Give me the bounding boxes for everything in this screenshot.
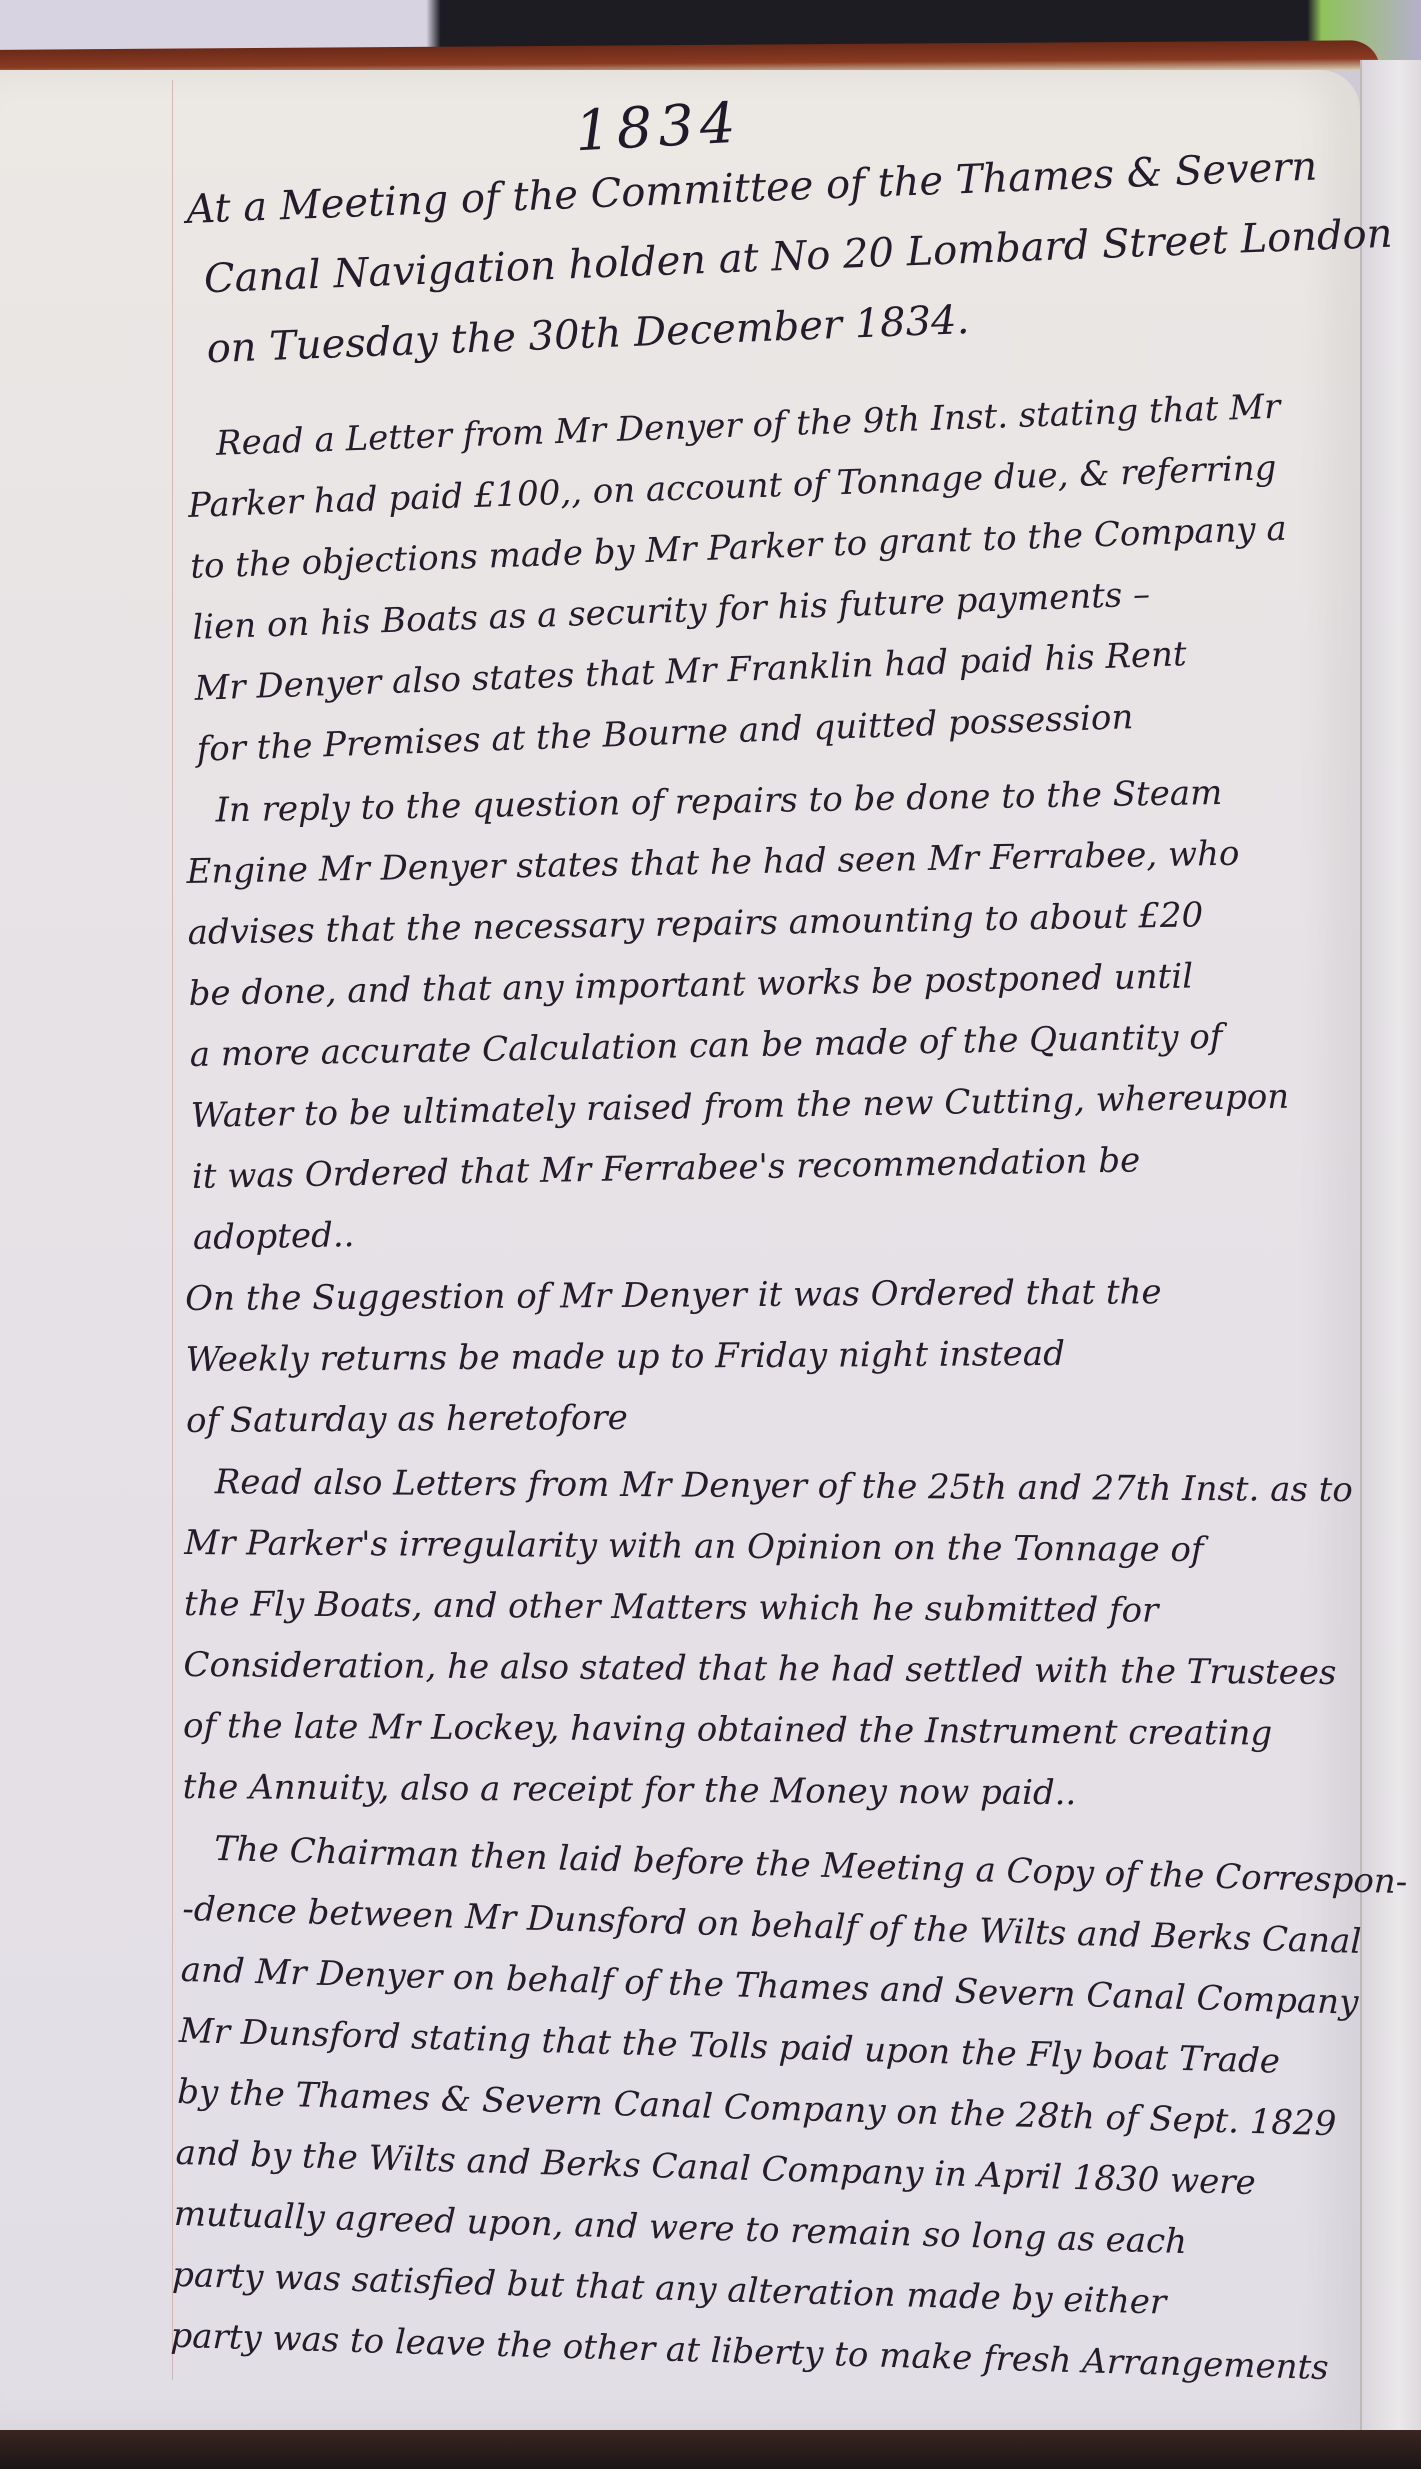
page-year: 1834	[573, 91, 743, 165]
text-line: of Saturday as heretofore	[186, 1383, 1356, 1452]
text-line: On the Suggestion of Mr Denyer it was Or…	[185, 1261, 1355, 1330]
margin-rule	[172, 80, 173, 2380]
paragraph-steam-engine: In reply to the question of repairs to b…	[185, 761, 1363, 1269]
text-line: the Fly Boats, and other Matters which h…	[184, 1574, 1354, 1643]
text-line: the Annuity, also a receipt for the Mone…	[182, 1757, 1352, 1826]
text-line: Read also Letters from Mr Denyer of the …	[185, 1452, 1355, 1521]
paragraph-chairman-correspondence: The Chairman then laid before the Meetin…	[170, 1818, 1355, 2399]
text-line: Weekly returns be made up to Friday nigh…	[185, 1322, 1355, 1391]
facing-page-edge	[1360, 60, 1421, 2440]
paragraph-denyer-letter: Read a Letter from Mr Denyer of the 9th …	[185, 374, 1367, 781]
minutes-text: At a Meeting of the Committee of the Tha…	[185, 175, 1355, 2367]
paragraph-weekly-returns: On the Suggestion of Mr Denyer it was Or…	[185, 1261, 1356, 1452]
book-bottom-edge	[0, 2430, 1421, 2469]
text-line: of the late Mr Lockey, having obtained t…	[183, 1696, 1353, 1765]
text-line: Mr Parker's irregularity with an Opinion…	[184, 1513, 1354, 1582]
paragraph-parker-letters: Read also Letters from Mr Denyer of the …	[182, 1452, 1355, 1826]
text-line: Consideration, he also stated that he ha…	[183, 1635, 1353, 1704]
meeting-heading: At a Meeting of the Committee of the Tha…	[185, 130, 1362, 385]
